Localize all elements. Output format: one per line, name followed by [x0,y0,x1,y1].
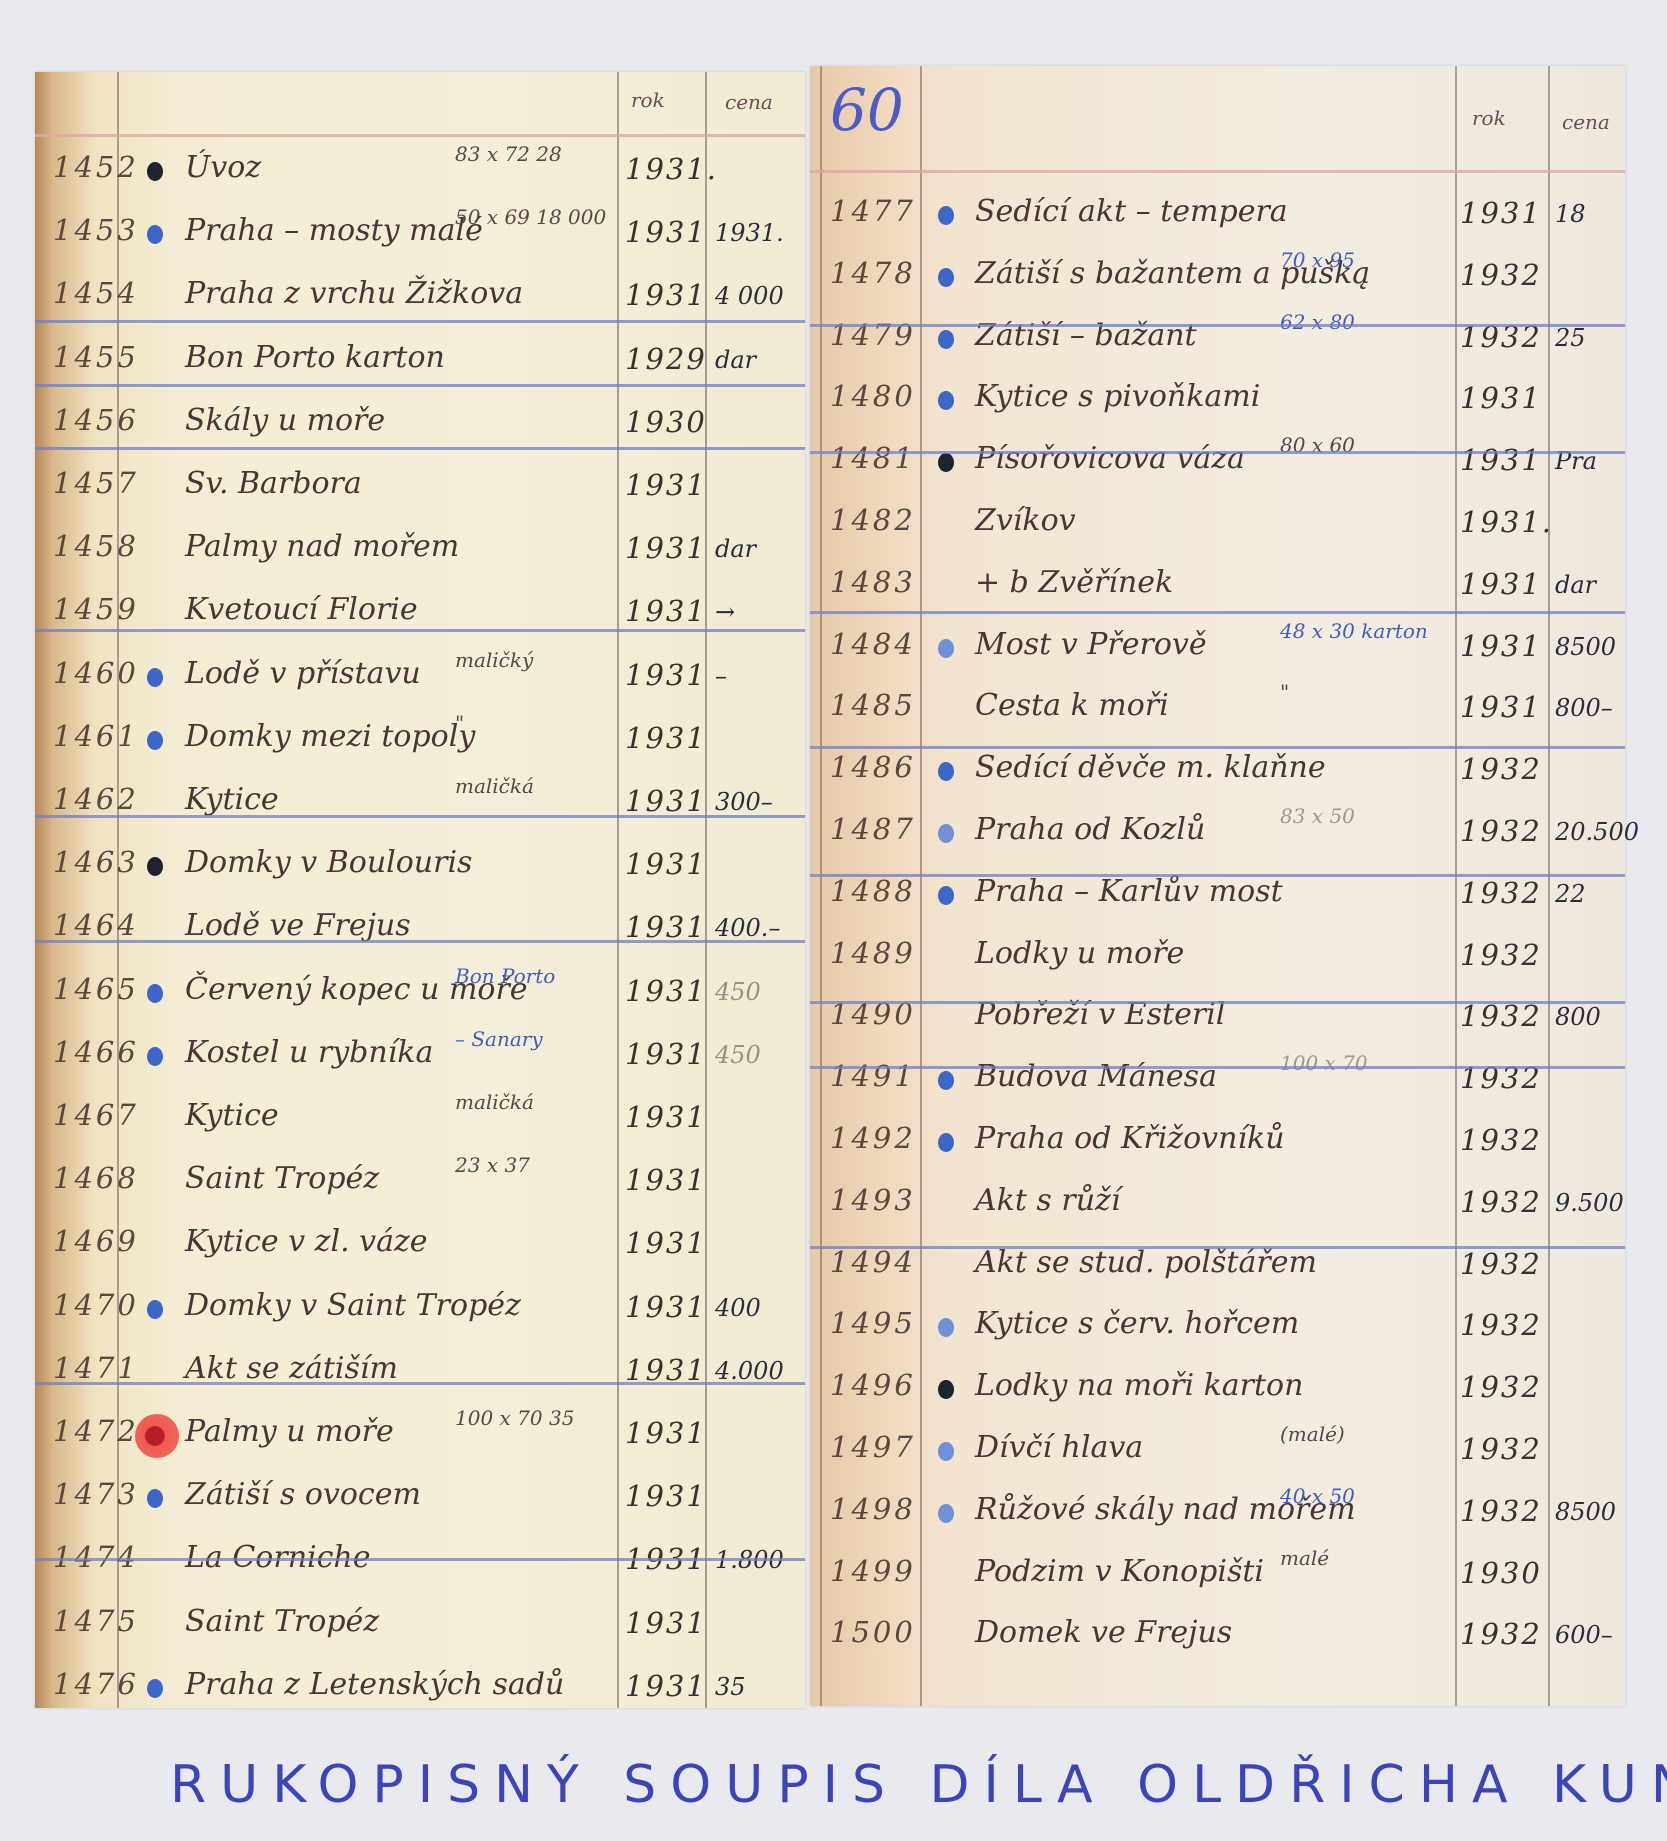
header-rule [35,134,805,137]
entry-title: Praha od Křižovníků [975,1121,1285,1156]
entry-title: Kytice [185,1098,279,1133]
entry-number: 1463 [53,845,139,879]
entry-title: Praha z vrchu Žižkova [185,276,523,311]
handwritten-caption: RUKOPISNÝ SOUPIS DÍLA OLDŘICHA KUNIČKA [170,1755,1667,1815]
entry-year: 1931 [625,215,707,249]
entry-number: 1483 [830,565,916,599]
entry-number: 1453 [53,213,139,247]
entry-number: 1479 [830,318,916,352]
entry-price: 600– [1555,1621,1613,1649]
ledger-rule [35,940,805,943]
entry-price: 800– [1555,694,1613,722]
entry-price: – [715,662,727,690]
ledger-entry: 1467Kyticemaličká1931 [35,1090,805,1150]
entry-note: 50 x 69 18 000 [455,205,606,229]
ledger-entry: 1471Akt se zátiším19314.000 [35,1343,805,1403]
entry-number: 1481 [830,441,916,475]
entry-price: 4 000 [715,282,784,310]
entry-number: 1467 [53,1098,139,1132]
entry-title: Kostel u rybníka [185,1035,433,1070]
entry-year: 1931 [625,1416,707,1450]
entry-number: 1491 [830,1059,916,1093]
entry-year: 1929 [625,342,707,376]
ledger-entry: 1458Palmy nad mořem1931dar [35,521,805,581]
entry-year: 1931 [625,1100,707,1134]
entry-title: Cesta k moři [975,688,1169,723]
entry-title: Palmy nad mořem [185,529,459,564]
mark-dot-icon [147,225,163,244]
ledger-entry: 1478Zátiší s bažantem a pušką70 x 951932 [810,248,1625,308]
entry-number: 1487 [830,812,916,846]
entry-title: Domky mezi topoly [185,719,475,754]
mark-dot-icon [938,453,954,472]
ledger-entry: 1486Sedící děvče m. klaňne1932 [810,742,1625,802]
entry-title: Zvíkov [975,503,1076,538]
ledger-rule [810,1001,1625,1004]
price-column-header: cena [1562,110,1610,134]
entry-year: 1932 [1460,1247,1542,1281]
mark-dot-icon [938,206,954,225]
ledger-rule [35,320,805,323]
entry-number: 1472 [53,1414,139,1448]
entry-title: Domky v Saint Tropéz [185,1288,521,1323]
entry-number: 1482 [830,503,916,537]
ledger-entry: 1475Saint Tropéz1931 [35,1596,805,1656]
entry-price: dar [715,346,756,374]
entry-year: 1932 [1460,876,1542,910]
entry-title: Sedící akt – tempera [975,194,1288,229]
entry-year: 1932 [1460,752,1542,786]
entry-year: 1931 [625,1479,707,1513]
ledger-entry: 1483+ b Zvěřínek1931dar [810,557,1625,617]
entry-number: 1493 [830,1183,916,1217]
entry-number: 1454 [53,276,139,310]
entry-year: 1931 [625,847,707,881]
entry-price: 400 [715,1294,761,1322]
entry-number: 1471 [53,1351,139,1385]
entry-price: 35 [715,1673,746,1701]
ledger-entry: 1470Domky v Saint Tropéz1931400 [35,1280,805,1340]
entry-title: Kvetoucí Florie [185,592,418,627]
entry-year: 1931 [625,531,707,565]
entry-title: Kytice [185,782,279,817]
ledger-entry: 1490Pobřeží v Esteril1932800 [810,989,1625,1049]
entry-year: 1931 [625,974,707,1008]
mark-dot-icon [147,857,163,876]
entry-number: 1460 [53,656,139,690]
ledger-entry: 1493Akt s růží19329.500 [810,1175,1625,1235]
entry-note: " [1280,680,1289,704]
entry-price: 9.500 [1555,1189,1624,1217]
entry-title: Zátiší s ovocem [185,1477,421,1512]
entry-note: maličká [455,774,534,798]
entry-title: Skály u moře [185,403,385,438]
mark-dot-icon [938,824,954,843]
mark-dot-icon [938,639,954,658]
entry-title: Lodky na moři karton [975,1368,1303,1403]
entry-note: 23 x 37 [455,1153,530,1177]
ledger-entry: 1466Kostel u rybníka– Sanary1931450 [35,1027,805,1087]
entry-number: 1475 [53,1604,139,1638]
entry-year: 1932 [1460,1494,1542,1528]
entry-year: 1930 [1460,1556,1542,1590]
entry-year: 1931 [625,784,707,818]
entry-title: Praha – mosty malé [185,213,483,248]
entry-year: 1932 [1460,814,1542,848]
ledger-entry: 1473Zátiší s ovocem1931 [35,1469,805,1529]
ledger-rule [35,1382,805,1385]
mark-dot-icon [938,268,954,287]
page-number: 60 [830,76,904,144]
entry-year: 1931 [1460,381,1542,415]
entry-number: 1462 [53,782,139,816]
entry-title: Písořovicova váza [975,441,1245,476]
entry-number: 1494 [830,1245,916,1279]
entry-title: Akt se zátiším [185,1351,398,1386]
entry-title: Lodě v přístavu [185,656,421,691]
ledger-entry: 1474La Corniche19311.800 [35,1532,805,1592]
entry-number: 1499 [830,1554,916,1588]
entry-year: 1931 [625,468,707,502]
entry-year: 1931 [625,1226,707,1260]
ledger-entry: 1459Kvetoucí Florie1931→ [35,584,805,644]
ledger-entry: 1499Podzim v Konopištimalé1930 [810,1546,1625,1606]
entry-title: Kytice v zl. váze [185,1224,428,1259]
entry-title: Zátiší – bažant [975,318,1197,353]
mark-dot-icon [938,1071,954,1090]
entry-note: 70 x 95 [1280,248,1355,272]
entry-title: Lodky u moře [975,936,1184,971]
ledger-entry: 1500Domek ve Frejus1932600– [810,1607,1625,1667]
ledger-entry: 1479Zátiší – bažant62 x 80193225 [810,310,1625,370]
entry-title: Domky v Boulouris [185,845,472,880]
entry-number: 1456 [53,403,139,437]
entry-note: " [455,711,464,735]
ledger-entry: 1472Palmy u moře100 x 70 351931 [35,1406,805,1466]
entry-number: 1452 [53,150,139,184]
entry-price: 300– [715,788,773,816]
entry-number: 1480 [830,379,916,413]
entry-title: Praha od Kozlů [975,812,1205,847]
entry-note: 40 x 50 [1280,1484,1355,1508]
entry-year: 1932 [1460,1308,1542,1342]
entry-number: 1459 [53,592,139,626]
entry-title: Most v Přerově [975,627,1207,662]
ledger-rule [810,324,1625,327]
mark-dot-icon [938,1380,954,1399]
entry-title: Sedící děvče m. klaňne [975,750,1326,785]
mark-dot-icon [147,1489,163,1508]
entry-year: 1931. [1460,505,1553,539]
entry-year: 1932 [1460,258,1542,292]
entry-year: 1932 [1460,938,1542,972]
entry-number: 1485 [830,688,916,722]
entry-price: 25 [1555,324,1586,352]
entry-title: + b Zvěřínek [975,565,1173,600]
entry-year: 1931 [1460,567,1542,601]
entry-number: 1498 [830,1492,916,1526]
ledger-entry: 1462Kyticemaličká1931300– [35,774,805,834]
entry-title: Úvoz [185,150,261,185]
entry-title: Domek ve Frejus [975,1615,1232,1650]
entry-price: 20.500 [1555,818,1639,846]
ledger-entry: 1487Praha od Kozlů83 x 50193220.500 [810,804,1625,864]
ledger-entry: 1489Lodky u moře1932 [810,928,1625,988]
entry-note: Bon Porto [455,964,555,988]
entry-number: 1469 [53,1224,139,1258]
ledger-entry: 1460Lodě v přístavumaličký1931– [35,648,805,708]
entry-year: 1931 [625,1037,707,1071]
entry-note: – Sanary [455,1027,543,1051]
entry-year: 1932 [1460,999,1542,1033]
mark-dot-icon [938,1133,954,1152]
mark-dot-icon [938,886,954,905]
year-column-header: rok [1472,106,1506,130]
entry-title: Akt s růží [975,1183,1120,1218]
entry-title: Saint Tropéz [185,1161,379,1196]
entry-number: 1492 [830,1121,916,1155]
mark-dot-icon [938,330,954,349]
entry-year: 1931 [625,278,707,312]
mark-dot-icon [938,1442,954,1461]
entry-price: 450 [715,978,761,1006]
entry-number: 1477 [830,194,916,228]
entry-note: maličký [455,648,533,672]
entry-number: 1500 [830,1615,916,1649]
entry-title: Bon Porto karton [185,340,445,375]
entry-title: Podzim v Konopišti [975,1554,1264,1589]
entry-note: malé [1280,1546,1329,1570]
ledger-entry: 1496Lodky na moři karton1932 [810,1360,1625,1420]
entry-price: 22 [1555,880,1586,908]
entry-number: 1489 [830,936,916,970]
ledger-rule [35,447,805,450]
ledger-entry: 1461Domky mezi topoly"1931 [35,711,805,771]
entry-year: 1932 [1460,1123,1542,1157]
mark-dot-icon [938,1504,954,1523]
entry-number: 1458 [53,529,139,563]
entry-title: Saint Tropéz [185,1604,379,1639]
entry-number: 1470 [53,1288,139,1322]
entry-price: 800 [1555,1003,1601,1031]
entry-price: 8500 [1555,1498,1616,1526]
mark-dot-icon [938,391,954,410]
mark-dot-icon [147,1300,163,1319]
ledger-entry: 1480Kytice s pivoňkami1931 [810,371,1625,431]
entry-note: 100 x 70 [1280,1051,1368,1075]
entry-note: 62 x 80 [1280,310,1355,334]
entry-title: Lodě ve Frejus [185,908,411,943]
entry-price: 18 [1555,200,1586,228]
ledger-rule [810,1066,1625,1069]
entry-price: 1931. [715,219,784,247]
ledger-entry: 1463Domky v Boulouris1931 [35,837,805,897]
entry-title: Budova Mánesa [975,1059,1217,1094]
ledger-page-right: 60 rok cena 1477Sedící akt – tempera1931… [810,66,1625,1706]
entry-year: 1931 [625,721,707,755]
ledger-entry: 1481Písořovicova váza80 x 601931Pra [810,433,1625,493]
ledger-rule [35,629,805,632]
entry-number: 1495 [830,1306,916,1340]
ledger-rule [810,611,1625,614]
entry-note: 48 x 30 karton [1280,619,1428,643]
ledger-entry: 1469Kytice v zl. váze1931 [35,1216,805,1276]
entry-number: 1465 [53,972,139,1006]
ledger-entry: 1453Praha – mosty malé50 x 69 18 0001931… [35,205,805,265]
entry-year: 1931 [625,1669,707,1703]
entry-year: 1931 [625,1606,707,1640]
entry-year: 1932 [1460,1617,1542,1651]
entry-title: Dívčí hlava [975,1430,1143,1465]
entry-year: 1932 [1460,1432,1542,1466]
entry-year: 1931 [1460,629,1542,663]
entry-number: 1473 [53,1477,139,1511]
ledger-entry: 1456Skály u moře1930 [35,395,805,455]
entry-number: 1478 [830,256,916,290]
entry-year: 1930 [625,405,707,439]
ledger-entry: 1464Lodě ve Frejus1931400.– [35,900,805,960]
ledger-rule [810,874,1625,877]
entry-year: 1931 [1460,690,1542,724]
header-rule [810,170,1625,173]
ledger-rule [35,1558,805,1561]
entry-price: dar [715,535,756,563]
entry-title: Sv. Barbora [185,466,362,501]
mark-dot-icon [147,1679,163,1698]
ledger-entry: 1485Cesta k moři"1931800– [810,680,1625,740]
ledger-entry: 1482Zvíkov1931. [810,495,1625,555]
entry-number: 1466 [53,1035,139,1069]
entry-number: 1486 [830,750,916,784]
entry-note: (malé) [1280,1422,1345,1446]
entry-year: 1932 [1460,1370,1542,1404]
ledger-entry: 1497Dívčí hlava(malé)1932 [810,1422,1625,1482]
entry-year: 1931 [625,658,707,692]
entry-year: 1931 [1460,443,1542,477]
entry-number: 1464 [53,908,139,942]
entry-title: Praha – Karlův most [975,874,1283,909]
entry-number: 1461 [53,719,139,753]
entry-note: 83 x 72 28 [455,142,562,166]
entry-number: 1484 [830,627,916,661]
ledger-entry: 1465Červený kopec u mořeBon Porto1931450 [35,964,805,1024]
entry-title: Akt se stud. polštářem [975,1245,1317,1280]
ledger-entry: 1468Saint Tropéz23 x 371931 [35,1153,805,1213]
entry-year: 1931. [625,152,718,186]
ledger-entry: 1491Budova Mánesa100 x 701932 [810,1051,1625,1111]
mark-dot-icon [938,1318,954,1337]
ledger-entry: 1476Praha z Letenských sadů193135 [35,1659,805,1719]
ledger-rule [35,815,805,818]
ledger-entry: 1455Bon Porto karton1929dar [35,332,805,392]
mark-dot-icon [147,162,163,181]
ledger-rule [35,384,805,387]
entry-number: 1476 [53,1667,139,1701]
entry-number: 1496 [830,1368,916,1402]
mark-dot-icon [135,1414,179,1458]
entry-year: 1932 [1460,1185,1542,1219]
ledger-page-left: rok cena 1452Úvoz83 x 72 281931.1453Prah… [35,72,805,1708]
entry-price: dar [1555,571,1596,599]
ledger-entry: 1457Sv. Barbora1931 [35,458,805,518]
mark-dot-icon [147,1047,163,1066]
ledger-entry: 1452Úvoz83 x 72 281931. [35,142,805,202]
ledger-rule [810,451,1625,454]
entry-price: 4.000 [715,1357,784,1385]
entry-title: Kytice s pivoňkami [975,379,1260,414]
ledger-rule [810,1246,1625,1249]
entry-year: 1931 [625,594,707,628]
entry-number: 1468 [53,1161,139,1195]
mark-dot-icon [147,668,163,687]
ledger-entry: 1484Most v Přerově48 x 30 karton19318500 [810,619,1625,679]
ledger-entry: 1477Sedící akt – tempera193118 [810,186,1625,246]
entry-year: 1931 [625,1163,707,1197]
mark-dot-icon [147,984,163,1003]
entry-number: 1457 [53,466,139,500]
entry-year: 1931 [625,1290,707,1324]
entry-price: 400.– [715,914,780,942]
mark-dot-icon [938,762,954,781]
entry-title: Praha z Letenských sadů [185,1667,564,1702]
entry-note: 83 x 50 [1280,804,1355,828]
entry-number: 1488 [830,874,916,908]
entry-price: 450 [715,1041,761,1069]
mark-dot-icon [147,731,163,750]
entry-note: 100 x 70 35 [455,1406,574,1430]
ledger-entry: 1498Růžové skály nad mořem40 x 501932850… [810,1484,1625,1544]
price-column-header: cena [725,90,773,114]
entry-price: → [715,598,735,626]
entry-number: 1455 [53,340,139,374]
ledger-rule [810,746,1625,749]
ledger-entry: 1492Praha od Křižovníků1932 [810,1113,1625,1173]
year-column-header: rok [631,88,665,112]
entry-title: Palmy u moře [185,1414,394,1449]
ledger-entry: 1495Kytice s červ. hořcem1932 [810,1298,1625,1358]
entry-title: Kytice s červ. hořcem [975,1306,1299,1341]
entry-number: 1497 [830,1430,916,1464]
entry-year: 1931 [1460,196,1542,230]
entry-note: maličká [455,1090,534,1114]
entry-price: 8500 [1555,633,1616,661]
